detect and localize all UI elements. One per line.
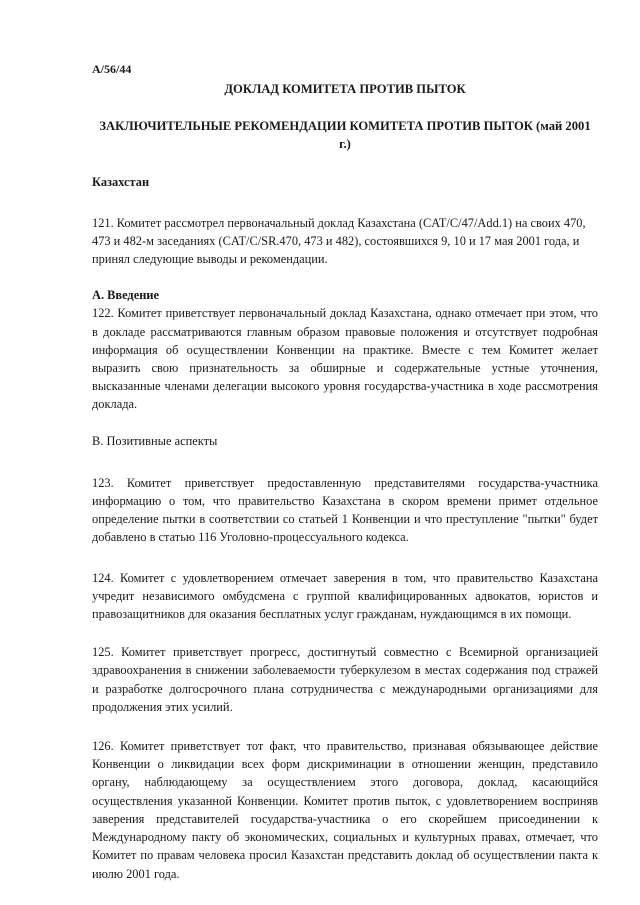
document-title: ДОКЛАД КОМИТЕТА ПРОТИВ ПЫТОК (92, 80, 598, 98)
document-page: A/56/44 ДОКЛАД КОМИТЕТА ПРОТИВ ПЫТОК ЗАК… (92, 60, 598, 883)
paragraph-122: 122. Комитет приветствует первоначальный… (92, 304, 598, 413)
country-heading: Казахстан (92, 173, 598, 191)
paragraph-123: 123. Комитет приветствует предоставленну… (92, 474, 598, 547)
paragraph-126: 126. Комитет приветствует тот факт, что … (92, 737, 598, 883)
document-subtitle: ЗАКЛЮЧИТЕЛЬНЫЕ РЕКОМЕНДАЦИИ КОМИТЕТА ПРО… (92, 117, 598, 153)
section-a-heading: A. Введение (92, 286, 598, 304)
paragraph-121: 121. Комитет рассмотрел первоначальный д… (92, 214, 598, 269)
paragraph-125: 125. Комитет приветствует прогресс, дост… (92, 643, 598, 716)
document-code: A/56/44 (92, 60, 598, 78)
paragraph-124: 124. Комитет с удовлетворением отмечает … (92, 569, 598, 624)
section-b-heading: B. Позитивные аспекты (92, 432, 598, 450)
